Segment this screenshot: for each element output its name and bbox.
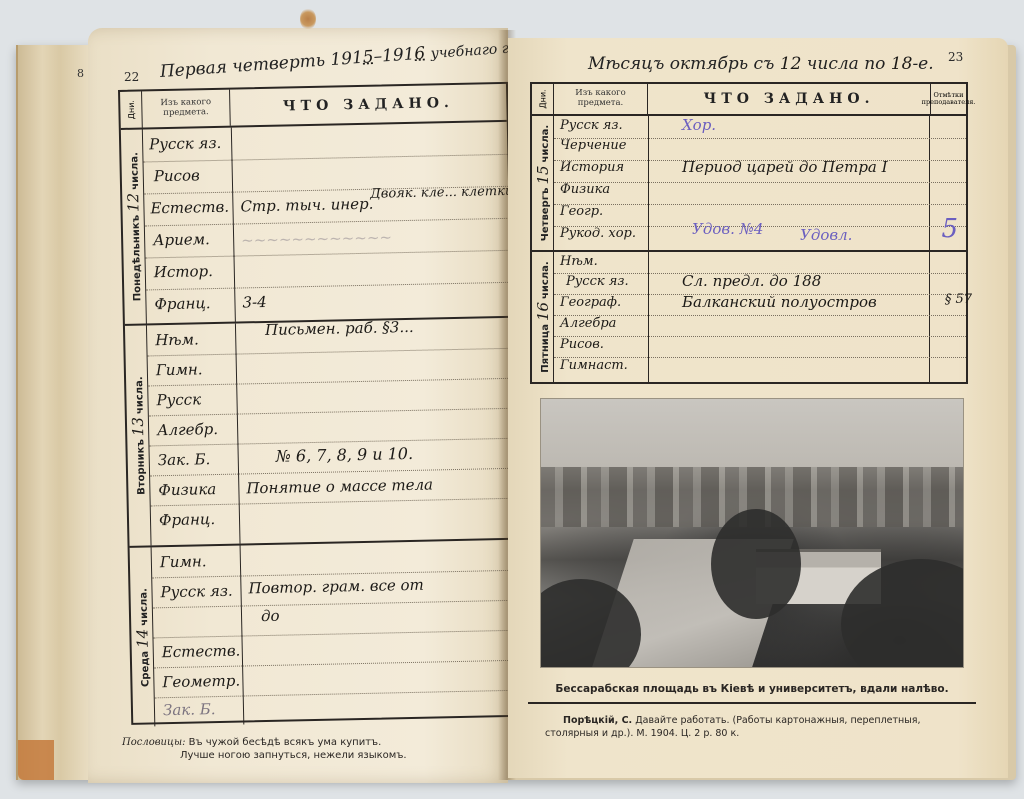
day-label: Пятница16числа. xyxy=(532,252,554,382)
header-suffix: -е. xyxy=(912,54,933,74)
task-entry: Балканский полуостров xyxy=(682,293,877,311)
header-from: съ xyxy=(753,54,774,74)
day-block-tuesday: Вторникъ13числа. Нѣм. Письмен. раб. §3..… xyxy=(125,318,516,548)
right-page-header: Мѣсяцъ октябрь съ 12 числа по 18-е. xyxy=(588,54,934,74)
page-stack-left-edge: 8 xyxy=(16,45,88,780)
subject-entry: Физика xyxy=(158,480,216,499)
header-month: октябрь xyxy=(670,54,748,74)
divider-rule xyxy=(528,702,976,705)
day-label: Вторникъ13числа. xyxy=(125,325,152,545)
ink-stain xyxy=(300,8,316,30)
subject-entry: Естеств. xyxy=(162,642,241,662)
task-entry: Хор. xyxy=(682,116,716,134)
day-block-monday: Понедѣльникъ12числа. Русск яз. Рисов Ест… xyxy=(121,122,511,326)
task-entry: Стр. тыч. инер. xyxy=(240,195,373,216)
photo-caption: Бессарабская площадь въ Кіевѣ и универси… xyxy=(540,683,964,695)
subject-entry: История xyxy=(560,160,624,175)
subject-entry: Физика xyxy=(560,182,610,197)
book-advert: Порѣцкій, С. Давайте работать. (Работы к… xyxy=(545,714,975,740)
subject-entry: Гимн. xyxy=(156,360,203,379)
subject-entry: Рисов xyxy=(154,166,200,185)
header-mid: числа по xyxy=(807,54,886,74)
subject-entry: Арием. xyxy=(153,230,210,249)
subject-entry: Русск яз. xyxy=(160,582,233,602)
subject-entry: Геометр. xyxy=(162,672,240,692)
day-label: Четвергъ15числа. xyxy=(532,116,554,250)
header-marks-col: Отмѣтки преподавателя. xyxy=(930,84,966,114)
header-subject-col: Изъ какого предмета. xyxy=(142,90,231,128)
date-from-handwritten: 12 xyxy=(780,54,802,74)
subject-entry: Рисов. xyxy=(560,337,604,352)
historical-photo xyxy=(540,398,964,668)
header-subject-col: Изъ какого предмета. xyxy=(554,84,648,114)
subject-entry: Истор. xyxy=(154,262,213,281)
subject-entry: Гимн. xyxy=(160,552,207,571)
right-homework-table: Дни. Изъ какого предмета. ЧТО ЗАДАНО. От… xyxy=(530,82,968,384)
task-entry: № 6, 7, 8, 9 и 10. xyxy=(276,444,414,466)
day-block-friday: Пятница16числа. Нѣм. Русск яз. Сл. предл… xyxy=(532,252,966,382)
subject-entry: Зак. Б. xyxy=(163,700,216,719)
proverb-1: Въ чужой бесѣдѣ всякъ ума купитъ. xyxy=(189,737,382,748)
day-label: Среда14числа. xyxy=(130,547,156,726)
task-continuation: до xyxy=(261,607,280,625)
stack-page-number: 8 xyxy=(77,67,84,80)
subject-entry: Русск яз. xyxy=(149,134,222,154)
year-start-printed: 191 xyxy=(330,48,364,70)
subject-entry: Алгебр. xyxy=(157,420,218,439)
task-entry: Период царей до Петра I xyxy=(682,158,888,176)
subject-entry: Естеств. xyxy=(150,198,229,218)
header-task-col: ЧТО ЗАДАНО. xyxy=(648,84,930,114)
torn-corner xyxy=(18,740,54,780)
day-block-thursday: Четвергъ15числа. Русск яз. Хор. Черчение… xyxy=(532,116,966,252)
right-page-number: 23 xyxy=(948,50,963,64)
year-end-printed: 191 xyxy=(381,44,415,66)
proverb-2: Лучше ногою запнуться, нежели языкомъ. xyxy=(122,749,407,762)
proverbs-footer: Пословицы: Въ чужой бесѣдѣ всякъ ума куп… xyxy=(122,736,407,762)
subject-entry: Геогр. xyxy=(560,204,603,219)
subject-entry: Русск яз. xyxy=(566,274,629,289)
subject-entry: Русск яз. xyxy=(560,118,623,133)
teacher-mark: 5 xyxy=(941,214,958,244)
left-homework-table: Дни. Изъ какого предмета. ЧТО ЗАДАНО. По… xyxy=(118,82,521,725)
day-block-wednesday: Среда14числа. Гимн. Русск яз. Повтор. гр… xyxy=(130,540,520,727)
section-reference: § 57 xyxy=(945,292,972,307)
subject-entry: Нѣм. xyxy=(560,254,598,269)
advert-author: Порѣцкій, С. xyxy=(563,715,632,726)
subject-entry: Алгебра xyxy=(560,316,616,331)
bleed-through-text: ~~~~~~~~~~~~ xyxy=(241,228,392,249)
task-entry: Сл. предл. до 188 xyxy=(682,272,821,290)
teacher-note: Удов. №4 xyxy=(692,220,763,238)
header-prefix: Мѣсяцъ xyxy=(588,54,664,74)
subject-entry: Зак. Б. xyxy=(158,450,211,469)
subject-entry: Географ. xyxy=(560,295,621,310)
task-entry: Повтор. грам. все от xyxy=(248,576,424,598)
table-header: Дни. Изъ какого предмета. ЧТО ЗАДАНО. От… xyxy=(532,84,966,116)
subject-entry: Черчение xyxy=(560,138,626,153)
proverbs-label: Пословицы: xyxy=(122,737,185,748)
subject-entry: Рукод. хор. xyxy=(560,226,636,241)
left-page-number: 22 xyxy=(124,70,139,84)
task-entry: Двояк. кле... клетки xyxy=(370,184,513,202)
header-task-col: ЧТО ЗАДАНО. xyxy=(230,84,507,126)
subject-entry: Нѣм. xyxy=(155,330,199,349)
task-entry: Понятие о массе тела xyxy=(246,475,433,497)
header-day-col: Дни. xyxy=(120,91,143,127)
subject-entry: Франц. xyxy=(159,510,215,529)
teacher-note: Удовл. xyxy=(800,226,852,244)
task-entry: 3-4 xyxy=(242,293,267,312)
day-label: Понедѣльникъ12числа. xyxy=(121,129,147,323)
header-day-col: Дни. xyxy=(532,84,554,114)
subject-entry: Гимнаст. xyxy=(560,358,628,373)
subject-entry: Франц. xyxy=(154,294,210,313)
date-to-handwritten: 18 xyxy=(891,54,913,74)
year-end-handwritten: 6 xyxy=(414,43,426,64)
subject-entry: Русск xyxy=(156,390,201,409)
photo-tree xyxy=(711,509,801,619)
task-entry: Письмен. раб. §3... xyxy=(265,318,414,339)
